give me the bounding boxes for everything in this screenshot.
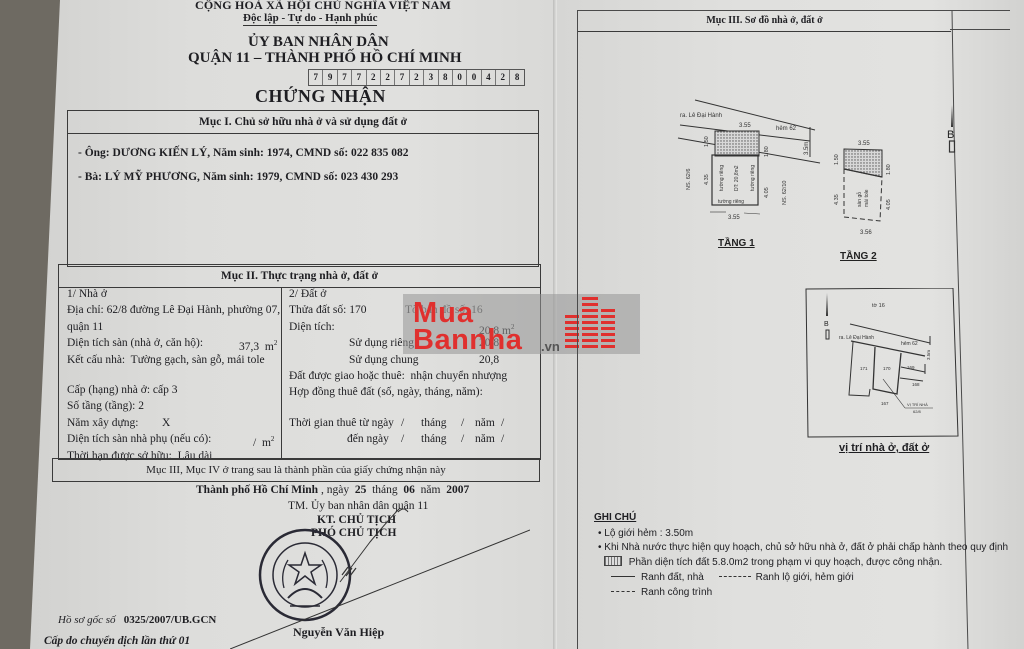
- year-built-row: Năm xây dựng: X: [67, 415, 279, 431]
- svg-text:4.35: 4.35: [704, 174, 710, 185]
- serial-digit: 9: [323, 70, 337, 85]
- aux-area-label: Diện tích sàn nhà phụ (nếu có):: [67, 433, 211, 445]
- house-info: 1/ Nhà ở Địa chỉ: 62/8 đường Lê Đại Hành…: [67, 286, 279, 464]
- svg-text:1.80: 1.80: [764, 146, 770, 157]
- svg-text:1.50: 1.50: [834, 154, 840, 165]
- grade-value: cấp 3: [153, 384, 178, 396]
- notes-heading: GHI CHÚ: [594, 512, 636, 523]
- solid-line-icon: [611, 576, 635, 577]
- watermark-text-line2: Bannha: [413, 325, 522, 355]
- svg-text:ra. Lê Đại Hành: ra. Lê Đại Hành: [680, 113, 722, 119]
- serial-digit: 4: [482, 70, 496, 85]
- lease-from-row: Thời gian thuê từ ngày / tháng / năm /: [289, 415, 534, 431]
- grade-label: Cấp (hạng) nhà ở:: [67, 384, 150, 396]
- svg-text:tường riêng: tường riêng: [718, 199, 744, 205]
- grade-row: Cấp (hạng) nhà ở: cấp 3: [67, 382, 279, 398]
- issue-city: Thành phố Hồ Chí Minh: [196, 484, 318, 496]
- svg-text:tường riêng: tường riêng: [719, 165, 725, 191]
- svg-text:TẦNG 2: TẦNG 2: [840, 249, 877, 262]
- svg-text:4.35: 4.35: [834, 194, 840, 205]
- svg-text:NS. 62/10: NS. 62/10: [782, 181, 788, 205]
- house-label: 1/ Nhà ở: [67, 286, 279, 302]
- serial-digit: 2: [496, 70, 510, 85]
- document-title: CHỨNG NHẬN: [255, 86, 386, 107]
- address-row: Địa chỉ: 62/8 đường Lê Đại Hành, phường …: [67, 302, 279, 318]
- svg-text:B: B: [947, 129, 954, 141]
- transfer-note: Cấp do chuyển dịch lần thứ 01: [44, 635, 190, 647]
- issue-date-line: Thành phố Hồ Chí Minh , ngày 25 tháng 06…: [196, 484, 469, 496]
- section-2-heading: Mục II. Thực trạng nhà ở, đất ở: [59, 265, 540, 288]
- authority-line-1: ỦY BAN NHÂN DÂN: [248, 34, 389, 51]
- serial-digit: 3: [424, 70, 438, 85]
- lease-contract-row: Hợp đồng thuê đất (số, ngày, tháng, năm)…: [289, 384, 534, 400]
- file-number-label: Hồ sơ gốc số: [58, 614, 116, 626]
- pages-note-bar: Mục III, Mục IV ở trang sau là thành phầ…: [52, 458, 540, 482]
- floors-row: Số tầng (tầng): 2: [67, 398, 279, 414]
- svg-text:3.5m: 3.5m: [804, 142, 810, 155]
- floor-2-plan: 3.55 3.56 1.50 4.35 1.80 4.05 sàn gỗ mái…: [830, 135, 920, 265]
- svg-text:tường riêng: tường riêng: [750, 165, 756, 191]
- svg-text:62/8: 62/8: [913, 409, 922, 414]
- serial-digit: 8: [439, 70, 453, 85]
- location-map: tờ 16 B ra. Lê Đại Hành hẻm 62 3.5m 171 …: [805, 288, 965, 438]
- year-built-value: X: [162, 415, 170, 431]
- structure-value: Tường gạch, sàn gỗ, mái tole: [131, 354, 265, 366]
- svg-text:ra. Lê Đại Hành: ra. Lê Đại Hành: [839, 335, 874, 341]
- note-item-1: • Lộ giới hẻm : 3.50m: [598, 528, 693, 539]
- floor-area-row: Diện tích sàn (nhà ở, căn hộ): 37,3 m2: [67, 335, 279, 351]
- area-label: Diện tích:: [289, 321, 335, 333]
- serial-digit: 7: [352, 70, 366, 85]
- hatch-swatch-icon: [604, 556, 622, 566]
- svg-text:TẦNG 1: TẦNG 1: [718, 236, 755, 249]
- serial-digit: 7: [309, 70, 323, 85]
- address-line-2: quận 11: [67, 319, 279, 335]
- svg-text:1.80: 1.80: [886, 164, 892, 175]
- svg-text:170: 170: [883, 366, 891, 371]
- svg-text:hẻm 62: hẻm 62: [901, 341, 918, 347]
- svg-text:168: 168: [912, 382, 920, 387]
- svg-text:169: 169: [907, 365, 915, 370]
- svg-text:1.50: 1.50: [704, 136, 710, 147]
- svg-text:171: 171: [860, 366, 868, 371]
- watermark-text-line1: Mua: [413, 300, 474, 326]
- parcel-label: Thửa đất số:: [289, 304, 346, 316]
- lease-to-row: đến ngày / tháng / năm /: [289, 431, 534, 447]
- section-1-heading: Mục I. Chủ sở hữu nhà ở và sử dụng đất ở: [68, 111, 538, 134]
- serial-digit: 2: [367, 70, 381, 85]
- file-number-row: Hồ sơ gốc số 0325/2007/UB.GCN: [58, 614, 216, 626]
- svg-text:4.05: 4.05: [886, 199, 892, 210]
- owner-1: - Ông: DƯƠNG KIẾN LÝ, Năm sinh: 1974, CM…: [78, 147, 409, 159]
- floor-1-plan: ra. Lê Đại Hành hẻm 62 3.55 3.5m tường r…: [660, 95, 825, 255]
- svg-text:3.5m: 3.5m: [926, 350, 931, 360]
- issue-year: 2007: [446, 484, 469, 496]
- allocation-value: nhận chuyển nhượng: [411, 370, 508, 382]
- floors-value: 2: [138, 400, 144, 412]
- file-number-value: 0325/2007/UB.GCN: [124, 614, 217, 626]
- note-item-2: • Khi Nhà nước thực hiện quy hoạch, chủ …: [598, 542, 1008, 553]
- address-value: 62/8 đường Lê Đại Hành, phường 07,: [107, 304, 280, 316]
- section-3-heading: Mục III. Sơ đồ nhà ở, đất ở: [578, 11, 951, 32]
- structure-row: Kết cấu nhà: Tường gạch, sàn gỗ, mái tol…: [67, 352, 279, 368]
- address-label: Địa chỉ:: [67, 304, 104, 316]
- svg-text:3.55: 3.55: [858, 141, 870, 147]
- long-dash-line-icon: [611, 591, 635, 592]
- issue-day: 25: [355, 484, 367, 496]
- serial-digit: 0: [467, 70, 481, 85]
- svg-text:tờ 16: tờ 16: [872, 303, 885, 309]
- svg-text:DT: 20,8m2: DT: 20,8m2: [734, 165, 740, 191]
- serial-number-box: 797722723800428: [308, 69, 525, 86]
- svg-text:sàn gỗ: sàn gỗ: [856, 192, 863, 207]
- svg-text:VỊ TRÍ NHÀ: VỊ TRÍ NHÀ: [907, 402, 928, 407]
- svg-text:167: 167: [881, 401, 889, 406]
- serial-digit: 2: [410, 70, 424, 85]
- serial-digit: 2: [381, 70, 395, 85]
- svg-text:hẻm 62: hẻm 62: [776, 126, 797, 132]
- legend-row-2: Ranh công trình: [611, 587, 712, 598]
- authority-line-2: QUẬN 11 – THÀNH PHỐ HỒ CHÍ MINH: [188, 50, 462, 67]
- parcel-value: 170: [349, 304, 366, 316]
- lease-to-label: đến ngày: [347, 431, 389, 447]
- allocation-row: Đất được giao hoặc thuê: nhận chuyển như…: [289, 368, 534, 384]
- year-built-label: Năm xây dựng:: [67, 417, 138, 429]
- section-1-owners: Mục I. Chủ sở hữu nhà ở và sử dụng đất ở…: [67, 110, 539, 267]
- svg-text:NS. 62/6: NS. 62/6: [686, 169, 692, 190]
- floors-label: Số tầng (tầng):: [67, 400, 135, 412]
- hatched-area-note: Phần diện tích đất 5.8.0m2 trong phạm vi…: [604, 556, 942, 568]
- allocation-label: Đất được giao hoặc thuê:: [289, 370, 405, 382]
- column-divider: [281, 287, 282, 459]
- aux-area-row: Diện tích sàn nhà phụ (nếu có): / m2: [67, 431, 279, 447]
- location-caption: vị trí nhà ở, đất ở: [839, 442, 929, 454]
- signer-name: Nguyễn Văn Hiệp: [293, 625, 384, 640]
- svg-text:B: B: [824, 321, 829, 328]
- floor-area-label: Diện tích sàn (nhà ở, căn hộ):: [67, 337, 203, 349]
- dashed-line-icon: [719, 576, 751, 577]
- svg-text:3.55: 3.55: [739, 123, 751, 129]
- serial-digit: 0: [453, 70, 467, 85]
- north-arrow-icon: B: [942, 105, 962, 153]
- serial-digit: 7: [395, 70, 409, 85]
- serial-digit: 7: [338, 70, 352, 85]
- national-motto: Độc lập - Tự do - Hạnh phúc: [243, 12, 377, 26]
- owner-2: - Bà: LÝ MỸ PHƯƠNG, Năm sinh: 1979, CMND…: [78, 171, 398, 183]
- watermark-suffix: .vn: [541, 339, 560, 354]
- legend-row-1: Ranh đất, nhà Ranh lộ giới, hẻm giới: [611, 572, 854, 583]
- issue-month: 06: [403, 484, 415, 496]
- svg-text:3.56: 3.56: [860, 230, 872, 236]
- svg-text:3.55: 3.55: [728, 215, 740, 221]
- serial-digit: 8: [510, 70, 523, 85]
- svg-text:mái tole: mái tole: [864, 189, 870, 207]
- structure-label: Kết cấu nhà:: [67, 354, 125, 366]
- lease-from-label: Thời gian thuê từ ngày: [289, 417, 394, 429]
- shared-use-label: Sử dụng chung: [349, 352, 418, 368]
- svg-text:4.05: 4.05: [764, 187, 770, 198]
